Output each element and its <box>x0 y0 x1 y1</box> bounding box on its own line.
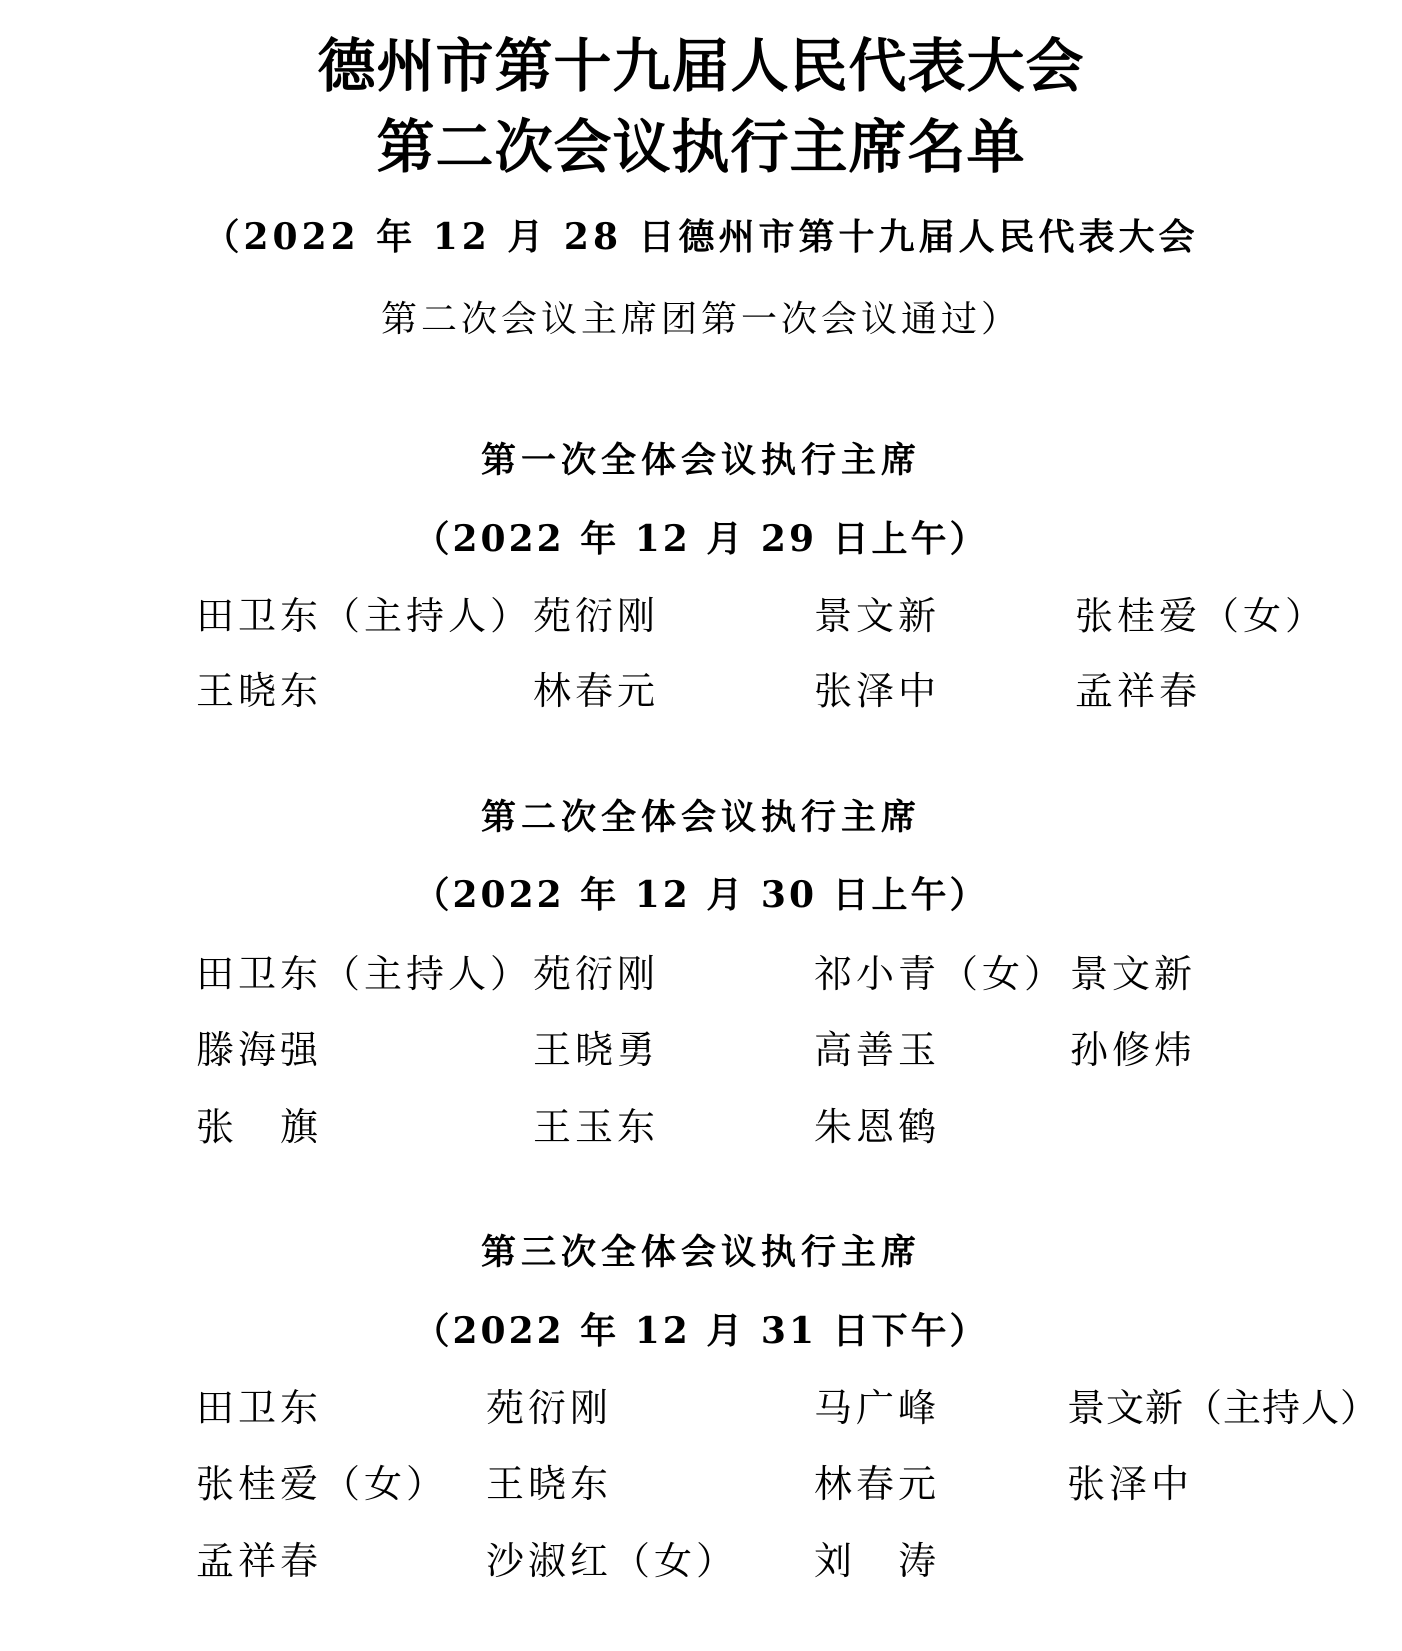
section-heading: 第一次全体会议执行主席 <box>0 443 1402 478</box>
section-heading: 第三次全体会议执行主席 <box>0 1235 1402 1270</box>
name-entry: 祁小青（女） <box>814 955 1066 993</box>
name-entry: 苑衍刚 <box>533 597 659 635</box>
name-entry: 朱恩鹤 <box>814 1108 940 1146</box>
name-entry: 景文新（主持人） <box>1067 1389 1379 1427</box>
document-title-line1: 德州市第十九届人民代表大会 <box>0 37 1402 95</box>
document-title-line2: 第二次会议执行主席名单 <box>0 118 1402 176</box>
section-date: （2022 年 12 月 30 日上午） <box>0 877 1402 913</box>
name-entry: 张 旗 <box>196 1108 322 1146</box>
name-entry: 苑衍刚 <box>533 955 659 993</box>
name-entry: 王晓东 <box>196 672 322 710</box>
name-entry: 王晓东 <box>486 1465 612 1503</box>
name-entry: 张泽中 <box>814 672 940 710</box>
name-entry: 马广峰 <box>814 1389 940 1427</box>
name-entry: 刘 涛 <box>814 1542 940 1580</box>
name-entry: 景文新 <box>1070 955 1196 993</box>
name-entry: 王晓勇 <box>533 1031 659 1069</box>
name-entry: 孟祥春 <box>196 1542 322 1580</box>
document-subtitle-line2: 第二次会议主席团第一次会议通过） <box>0 302 1402 338</box>
name-entry: 王玉东 <box>533 1108 659 1146</box>
name-entry: 滕海强 <box>196 1031 322 1069</box>
section-heading: 第二次全体会议执行主席 <box>0 800 1402 835</box>
section-date: （2022 年 12 月 29 日上午） <box>0 521 1402 557</box>
name-entry: 孟祥春 <box>1075 672 1201 710</box>
name-entry: 孙修炜 <box>1070 1031 1196 1069</box>
name-entry: 林春元 <box>533 672 659 710</box>
name-entry: 张桂爱（女） <box>1075 597 1327 635</box>
name-entry: 高善玉 <box>814 1031 940 1069</box>
name-entry: 景文新 <box>814 597 940 635</box>
name-entry: 沙淑红（女） <box>486 1542 738 1580</box>
name-entry: 张泽中 <box>1067 1465 1193 1503</box>
document-subtitle-line1: （2022 年 12 月 28 日德州市第十九届人民代表大会 <box>0 219 1402 255</box>
name-entry: 张桂爱（女） <box>196 1465 448 1503</box>
name-entry: 林春元 <box>814 1465 940 1503</box>
section-date: （2022 年 12 月 31 日下午） <box>0 1313 1402 1349</box>
name-entry: 田卫东（主持人） <box>196 597 532 635</box>
name-entry: 田卫东（主持人） <box>196 955 532 993</box>
name-entry: 苑衍刚 <box>486 1389 612 1427</box>
name-entry: 田卫东 <box>196 1389 322 1427</box>
